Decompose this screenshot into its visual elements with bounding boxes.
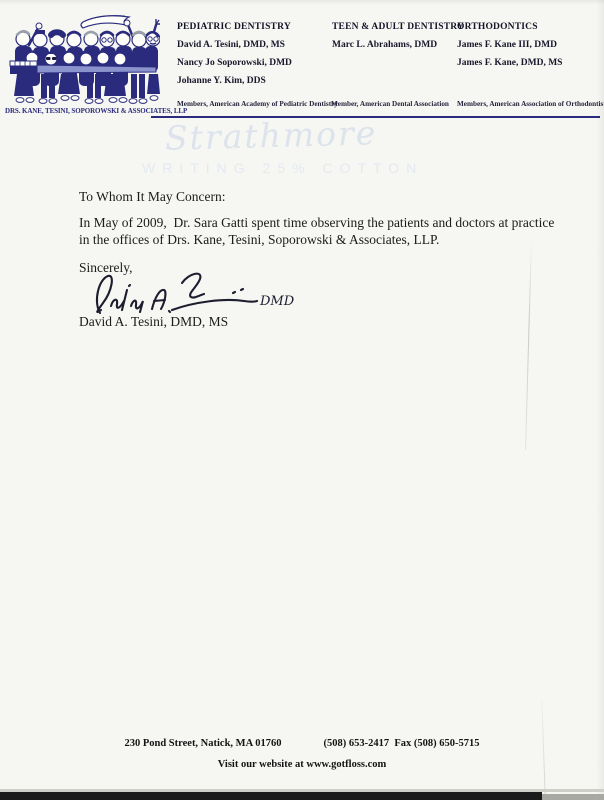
column-pediatric-dentistry: PEDIATRIC DENTISTRY David A. Tesini, DMD… [177, 18, 292, 90]
doctor-name: Johanne Y. Kim, DDS [177, 72, 292, 90]
signer-typed-name: David A. Tesini, DMD, MS [79, 314, 228, 330]
practice-group-logo [6, 12, 160, 108]
column-title: PEDIATRIC DENTISTRY [177, 18, 292, 36]
practice-name-caption: DRS. KANE, TESINI, SOPOROWSKI & ASSOCIAT… [5, 107, 165, 115]
footer-phone-fax: (508) 653-2417 Fax (508) 650-5715 [323, 738, 479, 749]
doctor-name: Marc L. Abrahams, DMD [332, 36, 464, 54]
handwritten-signature: DMD [84, 266, 299, 321]
membership-ada: Member, American Dental Association [331, 100, 449, 108]
column-title: ORTHODONTICS [457, 18, 562, 36]
body-line: in the offices of Drs. Kane, Tesini, Sop… [79, 232, 439, 248]
membership-pediatric: Members, American Academy of Pediatric D… [177, 100, 338, 108]
scan-bottom-edge-grey [542, 794, 604, 800]
column-title: TEEN & ADULT DENTISTRY [332, 18, 464, 36]
signature-credential-text: DMD [259, 294, 295, 309]
column-teen-adult-dentistry: TEEN & ADULT DENTISTRY Marc L. Abrahams,… [332, 18, 464, 54]
footer-address: 230 Pond Street, Natick, MA 01760 [124, 738, 281, 749]
footer-contact-line: 230 Pond Street, Natick, MA 01760 (508) … [0, 738, 604, 749]
doctor-name: David A. Tesini, DMD, MS [177, 36, 292, 54]
paper-crease [525, 238, 532, 450]
scan-bottom-edge-dark [0, 792, 542, 800]
membership-orthodontists: Members, American Association of Orthodo… [457, 100, 604, 108]
watermark-brand: Strathmore [165, 113, 378, 158]
column-orthodontics: ORTHODONTICS James F. Kane III, DMD Jame… [457, 18, 562, 72]
watermark-subline: WRITING 25% COTTON [142, 160, 423, 176]
scanned-letter-page: DRS. KANE, TESINI, SOPOROWSKI & ASSOCIAT… [0, 0, 604, 800]
pennant-icon [81, 16, 129, 29]
hat-icon [35, 30, 45, 34]
body-line: In May of 2009, Dr. Sara Gatti spent tim… [79, 215, 554, 231]
doctor-name: James F. Kane III, DMD [457, 36, 562, 54]
doctor-name: Nancy Jo Soporowski, DMD [177, 54, 292, 72]
footer-website-line: Visit our website at www.gotfloss.com [0, 759, 604, 770]
doctor-name: James F. Kane, DMD, MS [457, 54, 562, 72]
salutation: To Whom It May Concern: [79, 189, 226, 205]
scan-edge-shadow [596, 0, 604, 800]
